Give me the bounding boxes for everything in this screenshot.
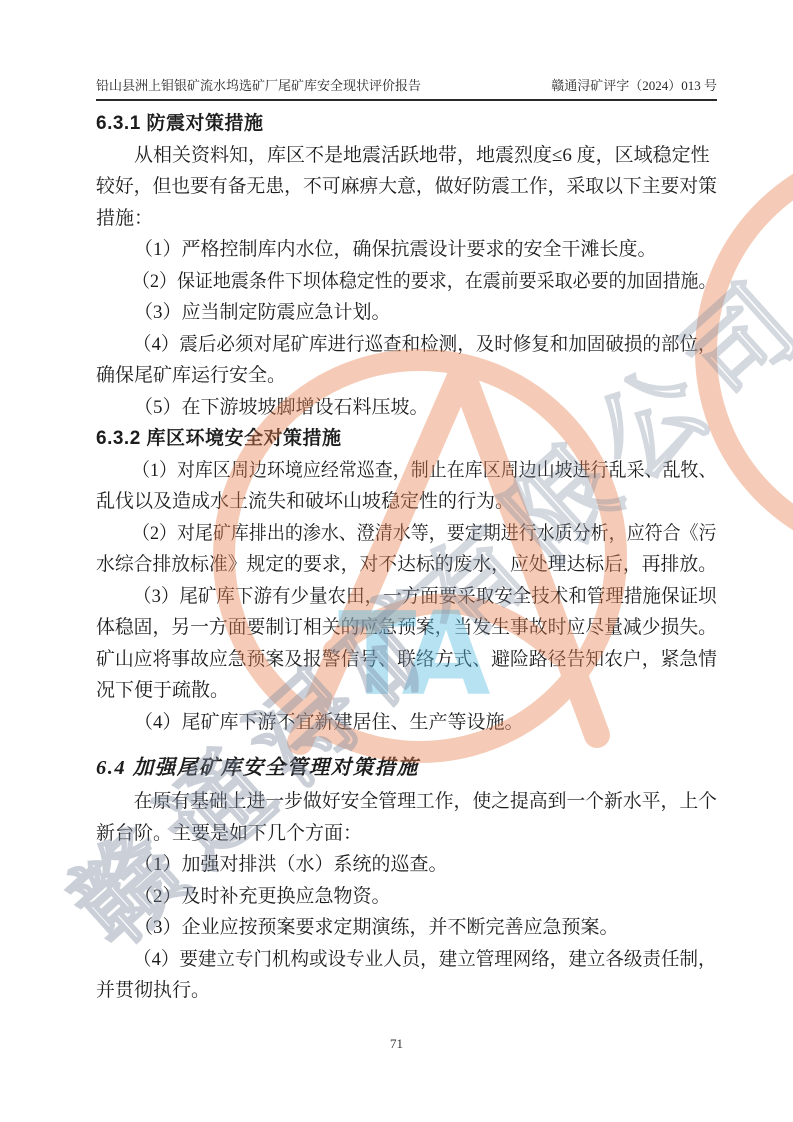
text-line: 在原有基础上进一步做好安全管理工作，使之提高到一个新水平，上个 — [96, 786, 711, 818]
text-line: （4）要建立专门机构或设专业人员，建立管理网络，建立各级责任制， — [96, 944, 701, 976]
page-number: 71 — [390, 1036, 403, 1051]
report-page: TA 有限公司 赣通浔矿 铅山县洲上钼银矿流水坞选矿厂尾矿库安全现状评价报告 赣… — [0, 0, 793, 1122]
text-line: （1）严格控制库内水位，确保抗震设计要求的安全干滩长度。 — [96, 234, 717, 266]
text-line: 水综合排放标准》规定的要求，对不达标的废水，应处理达标后，再排放。 — [96, 549, 711, 581]
text-line: 确保尾矿库运行安全。 — [96, 360, 717, 392]
text-line: （1）加强对排洪（水）系统的巡查。 — [96, 849, 717, 881]
text-line: （2）对尾矿库排出的渗水、澄清水等，要定期进行水质分析，应符合《污 — [96, 518, 684, 550]
text-line: （3）企业应按预案要求定期演练，并不断完善应急预案。 — [96, 912, 717, 944]
page-header: 铅山县洲上钼银矿流水坞选矿厂尾矿库安全现状评价报告 赣通浔矿评字（2024）01… — [96, 60, 717, 101]
text-line: （4）震后必须对尾矿库进行巡查和检测，及时修复和加固破损的部位， — [96, 329, 701, 361]
text-line: （2）保证地震条件下坝体稳定性的要求，在震前要采取必要的加固措施。 — [96, 266, 684, 298]
header-doc-number: 赣通浔矿评字（2024）013 号 — [551, 75, 717, 94]
page-footer: 71 — [0, 1036, 793, 1052]
text-line: （5）在下游坡坡脚增设石料压坡。 — [96, 392, 717, 424]
text-line: （3）应当制定防震应急计划。 — [96, 297, 717, 329]
text-line: 况下便于疏散。 — [96, 675, 717, 707]
section-heading: 6.3.1 防震对策措施 — [96, 108, 717, 140]
text-line: 新台阶。主要是如下几个方面： — [96, 818, 717, 850]
text-line: 措施： — [96, 203, 717, 235]
text-line: （2）及时补充更换应急物资。 — [96, 881, 717, 913]
text-line: 乱伐以及造成水土流失和破坏山坡稳定性的行为。 — [96, 486, 717, 518]
section-heading: 6.3.2 库区环境安全对策措施 — [96, 423, 717, 455]
header-report-title: 铅山县洲上钼银矿流水坞选矿厂尾矿库安全现状评价报告 — [96, 75, 421, 94]
text-line: （1）对库区周边环境应经常巡查，制止在库区周边山坡进行乱采、乱牧、 — [96, 455, 684, 487]
corner-seal-ring — [706, 152, 793, 552]
text-line: （3）尾矿库下游有少量农田，一方面要采取安全技术和管理措施保证坝 — [96, 581, 701, 613]
text-line: 从相关资料知，库区不是地震活跃地带，地震烈度≤6 度，区域稳定性 — [96, 140, 717, 172]
document-body: 6.3.1 防震对策措施从相关资料知，库区不是地震活跃地带，地震烈度≤6 度，区… — [96, 108, 717, 1007]
text-line: 体稳固，另一方面要制订相关的应急预案，当发生事故时应尽量减少损失。 — [96, 612, 711, 644]
text-line: 较好，但也要有备无患，不可麻痹大意，做好防震工作，采取以下主要对策 — [96, 171, 711, 203]
text-line: 并贯彻执行。 — [96, 975, 717, 1007]
text-line: （4）尾矿库下游不宜新建居住、生产等设施。 — [96, 707, 717, 739]
section-heading: 6.4 加强尾矿库安全管理对策措施 — [96, 750, 717, 786]
text-line: 矿山应将事故应急预案及报警信号、联络方式、避险路径告知农户，紧急情 — [96, 644, 711, 676]
